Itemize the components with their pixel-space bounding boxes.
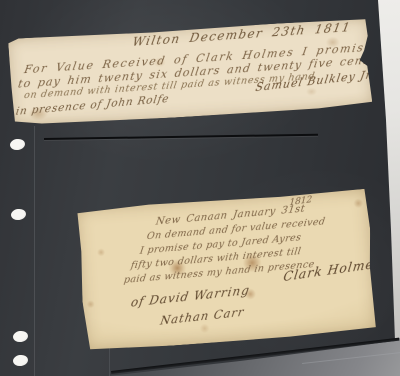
bottom-note-witness-2: Nathan Carr bbox=[159, 304, 245, 327]
photograph-of-documents: Wilton December 23th 1811 For Value Rece… bbox=[0, 0, 400, 376]
album-page-fold-seam bbox=[34, 126, 35, 376]
bottom-promissory-note-1812: 1812 New Canaan January 31st On demand a… bbox=[76, 189, 377, 352]
